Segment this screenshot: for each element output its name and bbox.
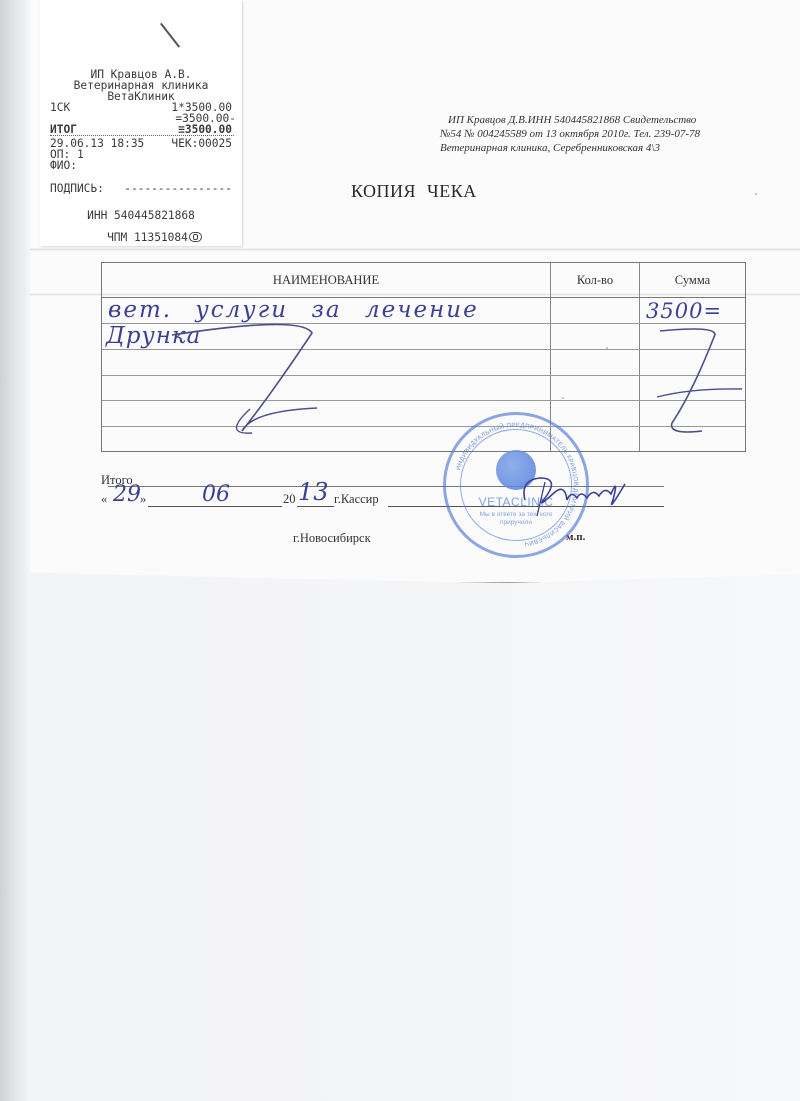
date-close-quote: » [140, 492, 146, 507]
city-label: г.Новосибирск [293, 531, 371, 546]
issuer-info: ИП Кравцов Д.В.ИНН 540445821868 Свидетел… [440, 113, 700, 155]
receipt-kkm-number: ЧПМ 11351084 [107, 231, 188, 244]
receipt-total-value: ≡3500.00 [178, 124, 232, 135]
strike-through-marks [102, 263, 745, 451]
thermal-receipt: ИП Кравцов А.В. Ветеринарная клиника Вет… [40, 0, 242, 246]
paper-speck [755, 193, 757, 195]
eklz-mark-icon [189, 232, 202, 242]
receipt-fio-label: ФИО: [50, 160, 77, 171]
issuer-line-1: ИП Кравцов Д.В.ИНН 540445821868 Свидетел… [440, 113, 700, 127]
receipt-kkm: ЧПМ 11351084 [40, 221, 242, 254]
issuer-line-3: Ветеринарная клиника, Серебренниковская … [440, 141, 700, 155]
date-day-handwritten: 29 [113, 482, 141, 507]
paper-speck [606, 347, 608, 349]
receipt-check-number: ЧЕК:00025 [171, 138, 232, 149]
pen-mark [160, 23, 180, 48]
year-line [297, 506, 334, 507]
paper-speck [562, 397, 564, 399]
receipt-signature-blank: ---------------- [124, 183, 232, 194]
cashier-signature [515, 470, 635, 520]
receipt-signature-label: ПОДПИСЬ: [50, 183, 104, 194]
cashier-label: г.Кассир [334, 492, 379, 507]
date-year-handwritten: 13 [298, 478, 329, 506]
receipt-section: 1СК [50, 102, 70, 113]
date-open-quote: « [101, 492, 107, 507]
receipt-total-label: ИТОГ [50, 124, 77, 135]
receipt-inn: ИНН 540445821868 [40, 210, 242, 221]
date-month-handwritten: 06 [202, 482, 230, 507]
items-table: НАИМЕНОВАНИЕ Кол-во Сумма вет. услуги за… [101, 262, 746, 452]
document-title: КОПИЯ ЧЕКА [351, 181, 477, 202]
issuer-line-2: №54 № 004245589 от 13 октября 2010г. Тел… [440, 127, 700, 141]
scanner-edge [0, 0, 26, 1101]
year-prefix: 20 [283, 492, 296, 507]
